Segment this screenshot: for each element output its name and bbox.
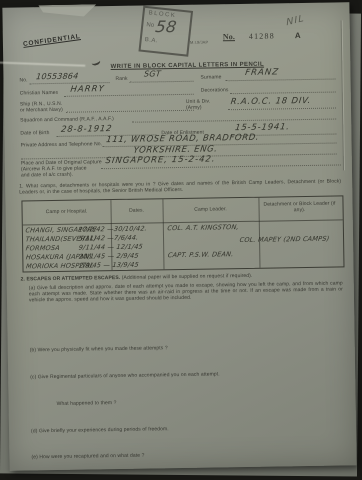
- question-2a-text: (a) Give full description and approx. da…: [29, 280, 343, 303]
- field-value-no: 10553864: [36, 72, 79, 82]
- question-2-heading-bold: 2. ESCAPES OR ATTEMPTED ESCAPES.: [21, 275, 121, 283]
- field-label-date-of-birth: Date of Birth: [20, 130, 49, 136]
- torn-scrap-top: [38, 4, 96, 17]
- field-value-unit: R.A.O.C. 18 DIV.: [230, 96, 312, 107]
- photo-background: { "colors": { "background": "#181815", "…: [0, 0, 362, 480]
- camp-table: Camp or Hospital. Dates. Camp Leader. De…: [21, 195, 344, 272]
- block-stamp-box: BLOCK No B.A. 58: [138, 6, 193, 57]
- question-1-text: 1. What camps, detachments or hospitals …: [19, 178, 341, 195]
- field-value-date-of-enlistment: 15-5-1941.: [234, 122, 290, 133]
- serial-number: 41288: [249, 33, 275, 39]
- field-label-capture-line3: and date of a/c crash).: [21, 172, 73, 179]
- question-2b-text: (b) Were you physically fit when you mad…: [30, 345, 168, 353]
- ruled-dotted-line: [226, 78, 336, 82]
- table-cell-leader: COL. A.T. KINGSTON,: [167, 223, 239, 232]
- field-label-christian-names: Christian Names: [20, 90, 59, 97]
- field-value-rank: SGT: [144, 69, 162, 78]
- field-label-surname: Surname: [200, 74, 221, 80]
- block-number-handwritten: 58: [154, 17, 178, 36]
- table-cell-detachment: COL. MAPEY (2ND CAMPS): [239, 235, 330, 244]
- question-2c-text: (c) Give Regimental particulars of anyon…: [30, 371, 220, 380]
- field-label-decorations: Decorations: [201, 87, 229, 93]
- question-2c-followup-text: What happened to them ?: [57, 400, 117, 407]
- table-cell-dates: 5/11/42 —7/6/44.: [78, 234, 139, 243]
- field-label-no: No.: [19, 77, 27, 83]
- nil-note-handwritten: NIL: [286, 13, 305, 28]
- field-value-christian-names: HARRY: [70, 84, 105, 95]
- table-cell-dates: 9/11/44 — 12/1/45: [78, 243, 143, 252]
- table-header-detachment: Detachment or Block Leader (if any).: [258, 201, 340, 213]
- block-stamp-line2: No: [146, 22, 154, 29]
- table-cell-camp: FORMOSA: [25, 244, 60, 253]
- table-header-leader: Camp Leader.: [163, 206, 259, 214]
- table-header-dates: Dates.: [111, 207, 163, 214]
- table-header-camp: Camp or Hospital.: [23, 208, 111, 215]
- field-value-capture: SINGAPORE, 15-2-42.: [105, 154, 216, 166]
- field-label-address: Private Address and Telephone No.: [21, 141, 103, 148]
- fold-crease-right: [341, 20, 344, 170]
- block-stamp-line3: B.A.: [144, 37, 158, 44]
- question-2-heading-rest: (Additional paper will be supplied on re…: [120, 273, 252, 281]
- form-paper: CONFIDENTIAL BLOCK No B.A. 58 M.I.9/JAP …: [2, 2, 356, 470]
- field-value-surname: FRANZ: [245, 67, 280, 78]
- serial-no-label: No.: [223, 34, 235, 40]
- ruled-dotted-line: [228, 107, 336, 111]
- field-label-ship-line2: or Merchant Navy): [20, 107, 63, 114]
- question-2d-text: (d) Give briefly your experiences during…: [31, 426, 169, 434]
- table-cell-dates: 20/1/45 — 2/9/45: [78, 252, 139, 261]
- table-cell-dates: 17/2/42 —30/10/42.: [78, 225, 147, 234]
- table-cell-dates: 2/9/45 — 13/9/45: [79, 261, 140, 270]
- table-cell-leader: CAPT. P.S.W. DEAN.: [167, 250, 234, 259]
- ruled-dotted-line: [230, 91, 336, 95]
- confidential-stamp: CONFIDENTIAL: [23, 34, 81, 48]
- field-label-squadron: Squadron and Command (R.A.F., A.A.F.): [20, 116, 114, 123]
- serial-suffix: A: [295, 33, 301, 39]
- mi9-label: M.I.9/JAP: [190, 40, 208, 46]
- question-2e-text: (e) How were you recaptured and on what …: [31, 453, 144, 461]
- ruled-dotted-line: [132, 118, 336, 123]
- ruled-dotted-line: [130, 80, 194, 83]
- ruled-dotted-line: [66, 109, 194, 113]
- field-label-rank: Rank: [115, 76, 127, 82]
